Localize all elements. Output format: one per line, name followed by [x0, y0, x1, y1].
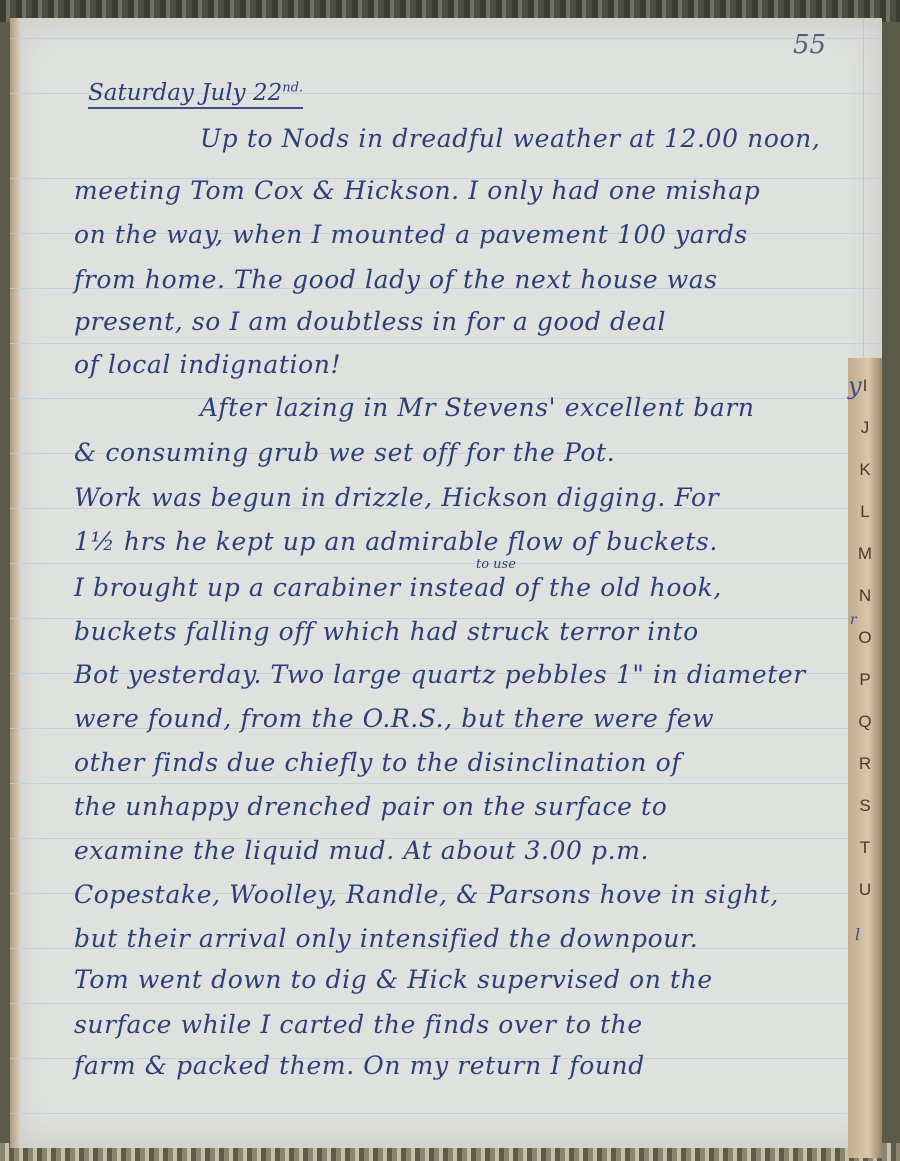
handwritten-line: other finds due chiefly to the disinclin… [74, 748, 681, 777]
marginal-mark: y [848, 372, 862, 400]
handwritten-line: & consuming grub we set off for the Pot. [74, 438, 615, 467]
handwritten-line: of local indignation! [74, 350, 341, 379]
handwritten-line: Copestake, Woolley, Randle, & Parsons ho… [74, 880, 779, 909]
handwritten-line: examine the liquid mud. At about 3.00 p.… [74, 836, 649, 865]
index-tab[interactable]: T [854, 838, 876, 858]
handwritten-line: the unhappy drenched pair on the surface… [74, 792, 667, 821]
index-tab[interactable]: R [854, 754, 876, 774]
handwritten-line: buckets falling off which had struck ter… [74, 617, 699, 646]
handwritten-line: Bot yesterday. Two large quartz pebbles … [74, 660, 806, 689]
alphabet-index-tabs: IJKLMNOPQRSTU [848, 358, 882, 1158]
handwritten-line: were found, from the O.R.S., but there w… [74, 704, 714, 733]
index-tab[interactable]: J [854, 418, 876, 438]
index-tab[interactable]: U [854, 880, 876, 900]
page-number: 55 [793, 30, 826, 60]
handwritten-line: I brought up a carabiner instead of the … [74, 573, 722, 602]
handwritten-line: 1½ hrs he kept up an admirable flow of b… [74, 527, 718, 556]
marginal-mark: r [850, 612, 857, 628]
handwritten-line: surface while I carted the finds over to… [74, 1010, 643, 1039]
handwritten-line: on the way, when I mounted a pavement 10… [74, 220, 748, 249]
entry-date-heading: Saturday July 22nd. [88, 80, 303, 109]
index-tab[interactable]: L [854, 502, 876, 522]
heading-text: Saturday July 22 [88, 80, 282, 106]
handwritten-line: After lazing in Mr Stevens' excellent ba… [200, 393, 755, 422]
handwritten-line: Tom went down to dig & Hick supervised o… [74, 965, 713, 994]
index-tab[interactable]: O [854, 628, 876, 648]
handwritten-line: meeting Tom Cox & Hickson. I only had on… [74, 176, 760, 205]
index-tab[interactable]: S [854, 796, 876, 816]
marginal-mark: l [855, 925, 860, 944]
index-tab[interactable]: Q [854, 712, 876, 732]
handwritten-line: Up to Nods in dreadful weather at 12.00 … [200, 124, 820, 153]
handwritten-line: present, so I am doubtless in for a good… [74, 307, 666, 336]
handwritten-line: but their arrival only intensified the d… [74, 924, 698, 953]
index-tab[interactable]: P [854, 670, 876, 690]
handwritten-line: from home. The good lady of the next hou… [74, 265, 718, 294]
index-tab[interactable]: K [854, 460, 876, 480]
handwritten-line: Work was begun in drizzle, Hickson diggi… [74, 483, 719, 512]
heading-suffix: nd. [282, 80, 303, 95]
index-tab[interactable]: M [854, 544, 876, 564]
handwritten-line: farm & packed them. On my return I found [74, 1051, 645, 1080]
index-tab[interactable]: N [854, 586, 876, 606]
insertion-note: to use [476, 557, 516, 572]
